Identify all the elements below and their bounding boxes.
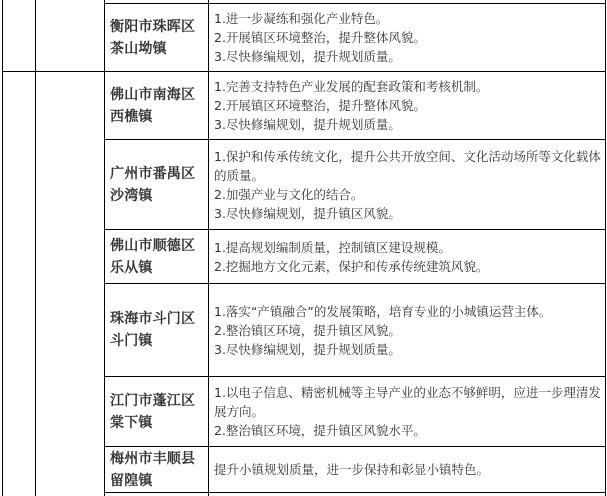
measures-cell: 1.以电子信息、精密机械等主导产业的业态不够鲜明，应进一步理清发展方向。 2.整…: [209, 377, 605, 446]
measure-item: 2.挖掘地方文化元素，保护和传承传统建筑风貌。: [214, 257, 601, 276]
measures-cell: 提升小镇规划质量，进一步保持和彰显小镇特色。: [209, 447, 605, 492]
measures-cell: 1.进一步凝练和强化产业特色。 2.开展镇区环境整治，提升整体风貌。 3.尽快修…: [209, 4, 605, 71]
town-name-line: 衡阳市珠晖区: [110, 19, 195, 35]
measure-item: 1.落实“产镇融合”的发展策略，培育专业的小城镇运营主体。: [214, 302, 601, 321]
measure-item: 3.尽快修编规划，提升规划质量。: [214, 47, 601, 66]
town-name-line: 广州市番禺区: [110, 166, 195, 182]
town-name-line: 留隍镇: [110, 473, 153, 489]
measure-item: 提升小镇规划质量，进一步保持和彰显小镇特色。: [214, 460, 601, 479]
town-name-cell: 梅州市丰顺县 留隍镇: [105, 447, 208, 492]
table-border-right: [605, 0, 606, 496]
town-name-line: 珠海市斗门区: [110, 311, 195, 327]
measure-item: 2.整治镇区环境，提升镇区风貌。: [214, 321, 601, 340]
measure-item: 1.以电子信息、精密机械等主导产业的业态不够鲜明，应进一步理清发展方向。: [214, 383, 601, 421]
measure-item: 2.开展镇区环境整治，提升整体风貌。: [214, 96, 601, 115]
town-name-line: 佛山市顺德区: [110, 238, 195, 254]
town-name-line: 江门市蓬江区: [110, 393, 195, 409]
row-divider: [104, 492, 606, 493]
town-name-cell: 广州市番禺区 沙湾镇: [105, 140, 208, 229]
measure-item: 3.尽快修编规划，提升规划质量。: [214, 340, 601, 359]
measures-cell: 1.提高规划编制质量，控制镇区建设规模。 2.挖掘地方文化元素，保护和传承传统建…: [209, 230, 605, 283]
town-name-cell: 佛山市顺德区 乐从镇: [105, 230, 208, 283]
table-border-left: [2, 0, 3, 496]
measure-item: 3.尽快修编规划，提升规划质量。: [214, 115, 601, 134]
town-name-line: 乐从镇: [110, 260, 153, 276]
measure-item: 3.尽快修编规划，提升镇区风貌。: [214, 204, 601, 223]
town-name-line: 沙湾镇: [110, 188, 153, 204]
measure-item: 2.开展镇区环境整治，提升整体风貌。: [214, 28, 601, 47]
measure-item: 1.完善支持特色产业发展的配套政策和考核机制。: [214, 77, 601, 96]
town-name-line: 佛山市南海区: [110, 87, 195, 103]
town-name-cell: 江门市蓬江区 棠下镇: [105, 377, 208, 446]
column-divider-1: [35, 0, 36, 496]
measure-item: 2.整治镇区环境，提升镇区风貌水平。: [214, 421, 601, 440]
town-name-cell: 珠海市斗门区 斗门镇: [105, 284, 208, 376]
measures-cell: 1.保护和传承传统文化，提升公共开放空间、文化活动场所等文化载体的质量。 2.加…: [209, 140, 605, 229]
measure-item: 1.保护和传承传统文化，提升公共开放空间、文化活动场所等文化载体的质量。: [214, 147, 601, 185]
measures-cell: 1.落实“产镇融合”的发展策略，培育专业的小城镇运营主体。 2.整治镇区环境，提…: [209, 284, 605, 376]
town-name-cell: 衡阳市珠晖区 茶山坳镇: [105, 4, 208, 71]
measure-item: 2.加强产业与文化的结合。: [214, 185, 601, 204]
measures-cell: 1.完善支持特色产业发展的配套政策和考核机制。 2.开展镇区环境整治，提升整体风…: [209, 72, 605, 139]
measure-item: 1.提高规划编制质量，控制镇区建设规模。: [214, 238, 601, 257]
town-name-line: 梅州市丰顺县: [110, 451, 195, 467]
town-name-line: 斗门镇: [110, 333, 153, 349]
town-name-cell: 佛山市南海区 西樵镇: [105, 72, 208, 139]
town-name-line: 棠下镇: [110, 415, 153, 431]
measure-item: 1.进一步凝练和强化产业特色。: [214, 9, 601, 28]
town-name-line: 茶山坳镇: [110, 41, 167, 57]
town-name-line: 西樵镇: [110, 109, 153, 125]
recommendations-table: 衡阳市珠晖区 茶山坳镇 1.进一步凝练和强化产业特色。 2.开展镇区环境整治，提…: [0, 0, 607, 496]
